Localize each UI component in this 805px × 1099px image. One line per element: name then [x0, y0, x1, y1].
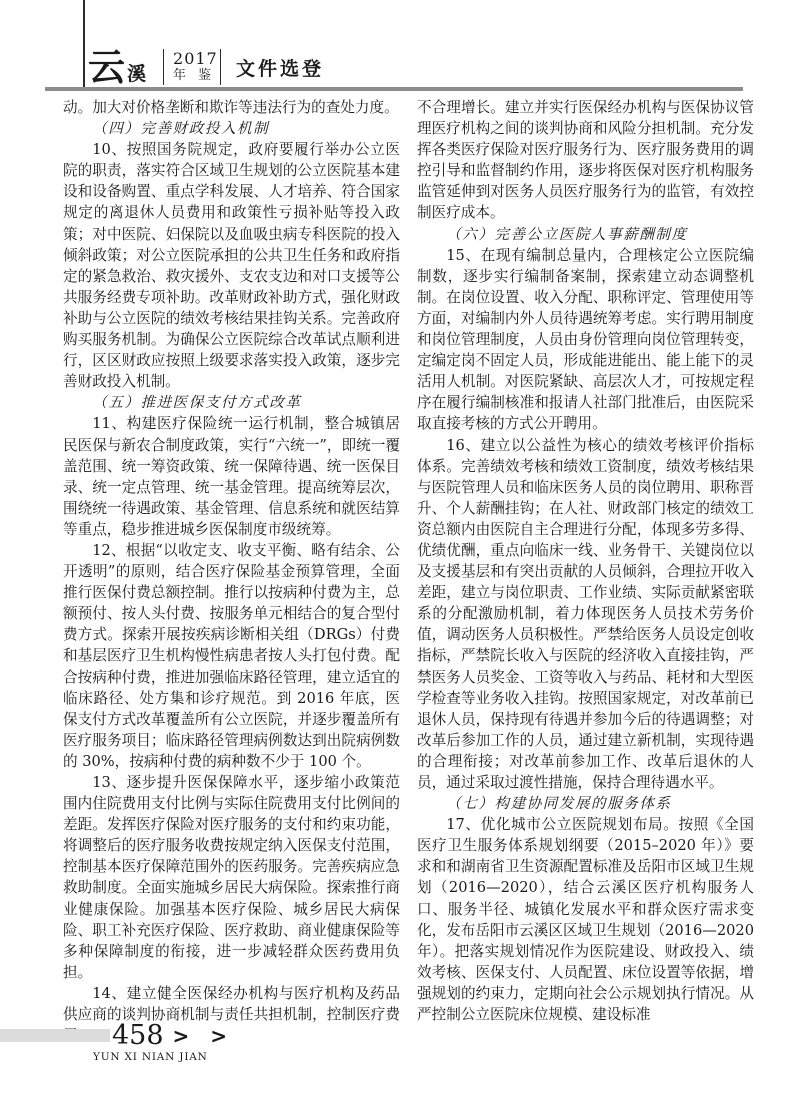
paragraph-continuation: 动。加大对价格垄断和欺诈等违法行为的查处力度。	[63, 97, 400, 118]
document-body: 动。加大对价格垄断和欺诈等违法行为的查处力度。 （四）完善财政投入机制 10、按…	[63, 97, 754, 1046]
journal-pinyin: YUN XI NIAN JIAN	[93, 1051, 208, 1063]
yearbook-page: 云 溪 2017 年 鉴 文件选登 动。加大对价格垄断和欺诈等违法行为的查处力度…	[0, 0, 805, 1099]
right-column: 不合理增长。建立并实行医保经办机构与医保协议管理医疗机构之间的谈判协商和风险分担…	[417, 97, 754, 1046]
header-vertical-rule	[83, 0, 85, 88]
footer-gray-bar	[0, 1029, 110, 1042]
logo-char-small: 溪	[127, 65, 146, 84]
paragraph-12: 12、根据“以收定支、收支平衡、略有结余、公开透明”的原则，结合医疗保险基金预算…	[63, 540, 400, 772]
year-block: 2017 年 鉴	[173, 50, 211, 83]
page-footer: 458 > > YUN XI NIAN JIAN	[0, 1022, 320, 1082]
page-number-line: 458 > >	[112, 1022, 234, 1050]
section-heading-5: （五）推进医保支付方式改革	[63, 392, 400, 413]
section-heading-7: （七）构建协同发展的服务体系	[417, 793, 754, 814]
header-divider	[220, 49, 221, 85]
footer-arrows-icon: > >	[173, 1024, 234, 1048]
page-number: 458	[112, 1022, 164, 1050]
header-divider	[163, 49, 164, 85]
section-heading-6: （六）完善公立医院人事薪酬制度	[417, 224, 754, 245]
paragraph-continuation: 不合理增长。建立并实行医保经办机构与医保协议管理医疗机构之间的谈判协商和风险分担…	[417, 97, 754, 224]
paragraph-17: 17、优化城市公立医院规划布局。按照《全国医疗卫生服务体系规划纲要（2015–2…	[417, 814, 754, 1025]
paragraph-13: 13、逐步提升医保保障水平，逐步缩小政策范围内住院费用支付比例与实际住院费用支付…	[63, 772, 400, 983]
page-header: 云 溪 2017 年 鉴 文件选登	[88, 47, 324, 87]
year-text: 2017	[173, 50, 211, 68]
left-column: 动。加大对价格垄断和欺诈等违法行为的查处力度。 （四）完善财政投入机制 10、按…	[63, 97, 400, 1046]
paragraph-10: 10、按照国务院规定，政府要履行举办公立医院的职责，落实符合区域卫生规划的公立医…	[63, 139, 400, 392]
section-title: 文件选登	[236, 54, 324, 81]
paragraph-15: 15、在现有编制总量内，合理核定公立医院编制数，逐步实行编制备案制，探索建立动态…	[417, 245, 754, 435]
paragraph-16: 16、建立以公益性为核心的绩效考核评价指标体系。完善绩效考核和绩效工资制度，绩效…	[417, 435, 754, 794]
section-heading-4: （四）完善财政投入机制	[63, 118, 400, 139]
logo-char-large: 云	[88, 49, 125, 86]
year-suffix-text: 年 鉴	[173, 68, 211, 84]
header-horizontal-rule	[45, 87, 743, 91]
paragraph-11: 11、构建医疗保险统一运行机制，整合城镇居民医保与新农合制度政策，实行“六统一”…	[63, 413, 400, 540]
